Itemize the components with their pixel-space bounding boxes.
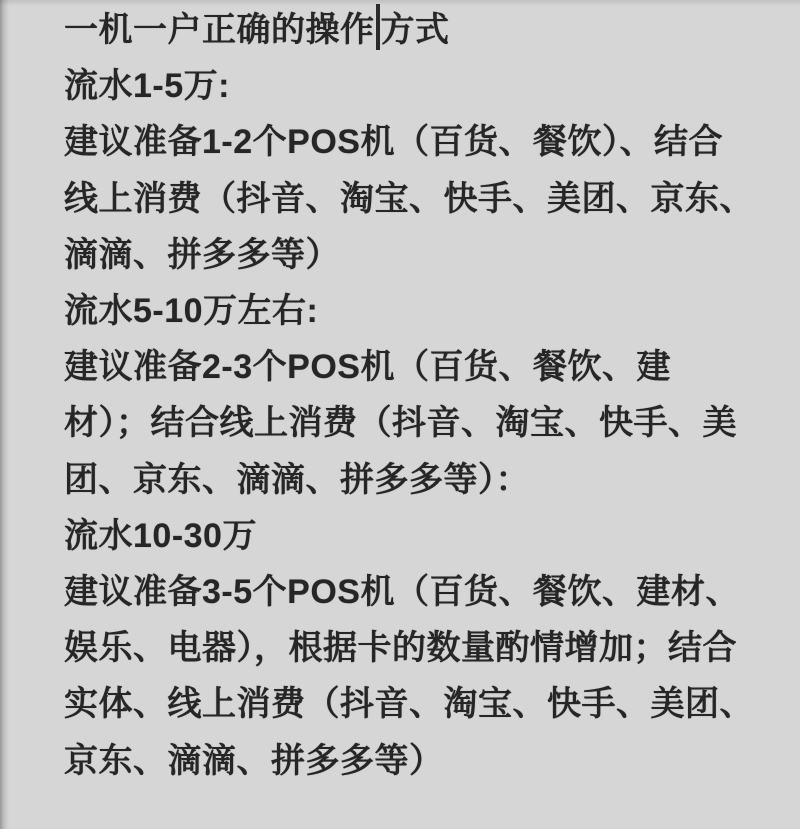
text-line[interactable]: 建议准备1-2个POS机（百货、餐饮）、结合: [64, 114, 764, 170]
text-line[interactable]: 线上消费（抖音、淘宝、快手、美团、京东、: [64, 171, 764, 227]
text-line[interactable]: 一机一户正确的操作方式: [64, 2, 764, 58]
text-line[interactable]: 娱乐、电器），根据卡的数量酌情增加；结合: [64, 620, 764, 676]
text-line[interactable]: 流水10-30万: [64, 508, 764, 564]
text-line[interactable]: 实体、线上消费（抖音、淘宝、快手、美团、: [64, 676, 764, 732]
text-line[interactable]: 建议准备3-5个POS机（百货、餐饮、建材、: [64, 564, 764, 620]
text-line[interactable]: 建议准备2-3个POS机（百货、餐饮、建: [64, 339, 764, 395]
text-line[interactable]: 滴滴、拼多多等）: [64, 227, 764, 283]
line-text-after-caret: 方式: [381, 11, 450, 49]
text-cursor: [376, 4, 380, 50]
text-line[interactable]: 流水5-10万左右:: [64, 283, 764, 339]
line-text-before-caret: 一机一户正确的操作: [64, 11, 375, 49]
text-editor-area[interactable]: 一机一户正确的操作方式流水1-5万:建议准备1-2个POS机（百货、餐饮）、结合…: [0, 0, 800, 829]
text-line[interactable]: 材）；结合线上消费（抖音、淘宝、快手、美: [64, 395, 764, 451]
text-line[interactable]: 流水1-5万:: [64, 58, 764, 114]
text-line[interactable]: 京东、滴滴、拼多多等）: [64, 733, 764, 789]
text-line[interactable]: 团、京东、滴滴、拼多多等）：: [64, 452, 764, 508]
